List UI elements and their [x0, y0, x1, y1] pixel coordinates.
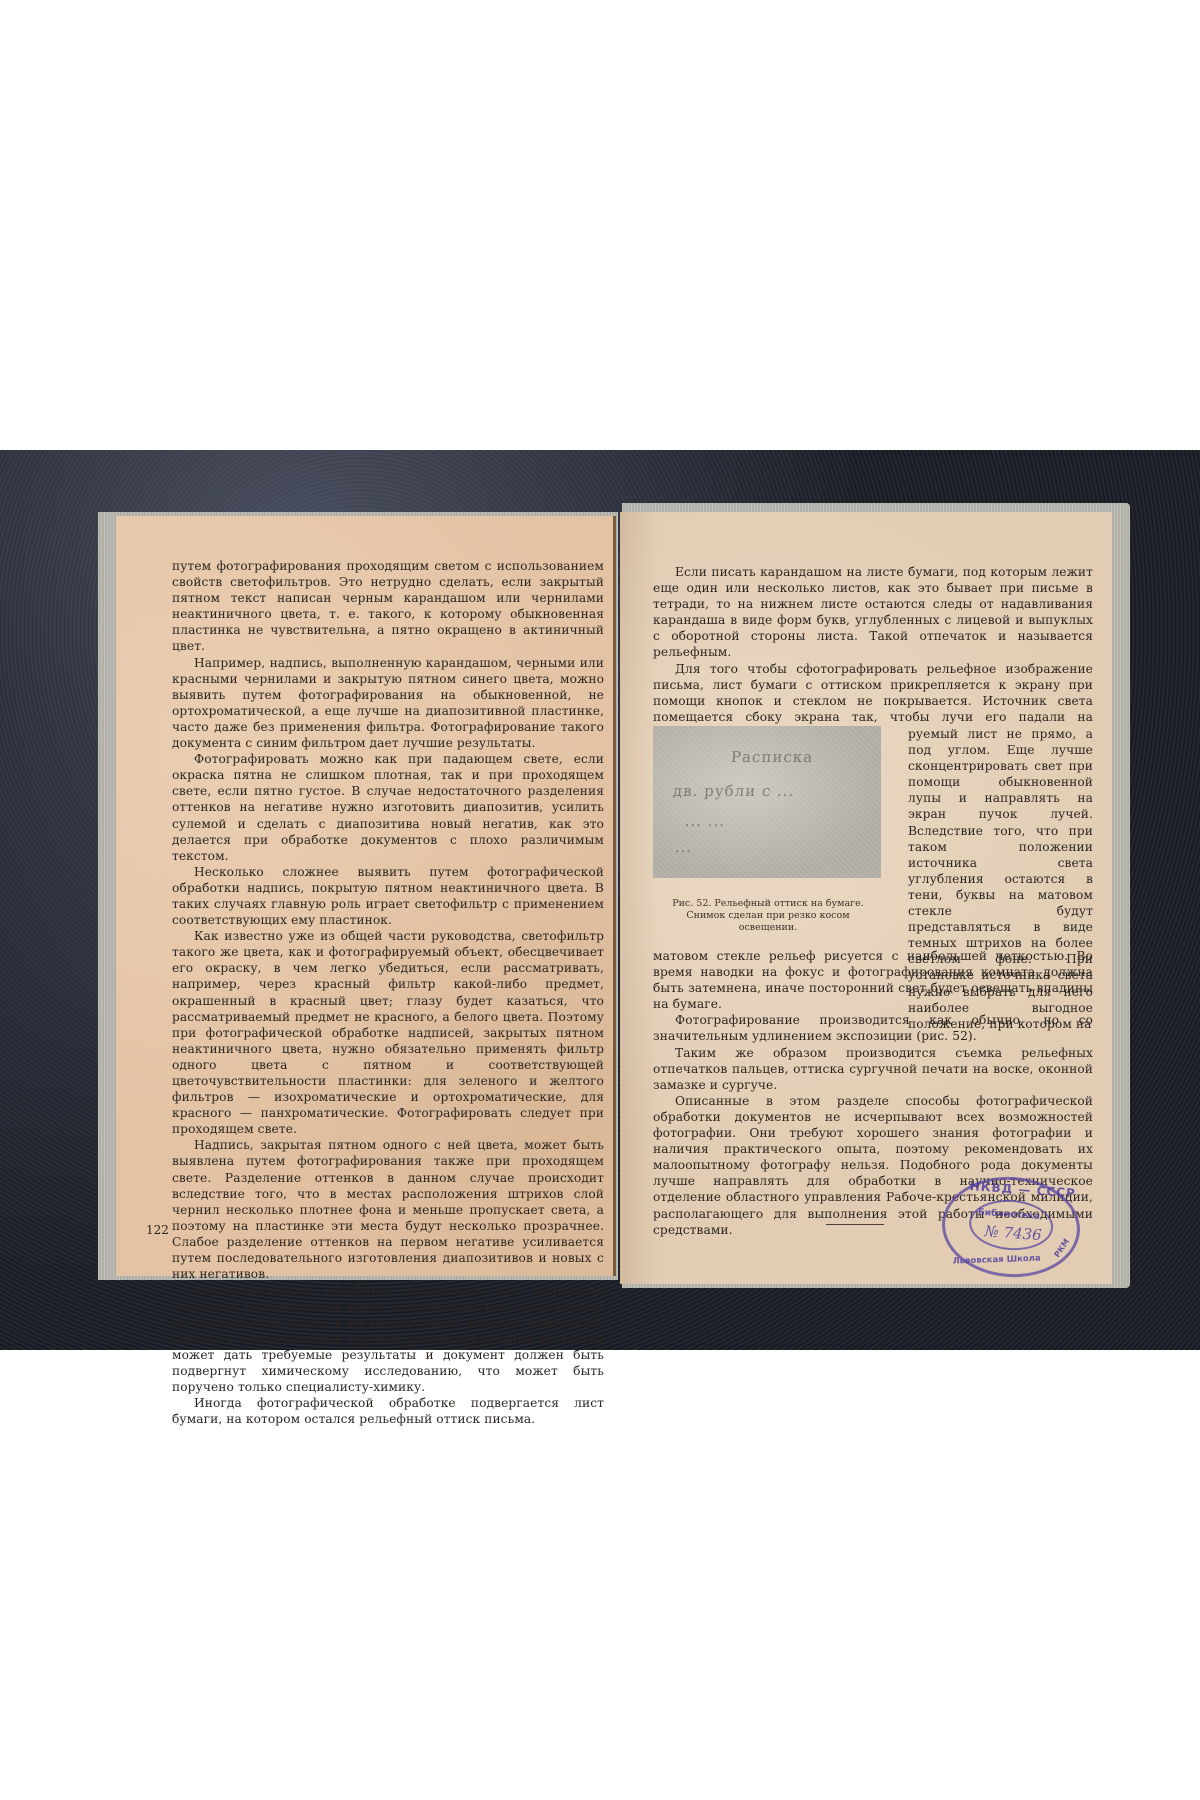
right-page-top-text: Если писать карандашом на листе бумаги, …: [653, 564, 1093, 741]
paragraph: матовом стекле рельеф рисуется с наиболь…: [653, 948, 1093, 1012]
figure-52: Расписка дв. рубли с ... ... ... ... Рис…: [653, 726, 883, 934]
paragraph: Фотографирование производится как обычно…: [653, 1012, 1093, 1044]
right-page: Если писать карандашом на листе бумаги, …: [620, 512, 1112, 1284]
paragraph: Иногда фотографической обработке подверг…: [172, 1395, 604, 1427]
relief-imprint-photo: Расписка дв. рубли с ... ... ... ...: [653, 726, 881, 878]
paragraph: Как известно уже из общей части руководс…: [172, 928, 604, 1137]
paragraph: Фотографировать можно как при падающем с…: [172, 751, 604, 864]
caption-line: Снимок сделан при резко косом: [653, 910, 883, 922]
photo-scrawl-line: Расписка: [730, 748, 813, 766]
figure-caption: Рис. 52. Рельефный оттиск на бумаге. Сни…: [653, 898, 883, 934]
stamp-inner-oval: Библиотека № 7436: [967, 1197, 1054, 1253]
photo-scrawl-line: ...: [674, 838, 693, 856]
paragraph: Если писать карандашом на листе бумаги, …: [653, 564, 1093, 661]
stamp-inventory-number: № 7436: [984, 1222, 1042, 1244]
left-page-text: путем фотографирования проходящим светом…: [172, 558, 604, 1427]
photo-scrawl-line: ... ...: [684, 812, 726, 830]
section-end-rule: [826, 1224, 884, 1225]
caption-line: освещении.: [653, 922, 883, 934]
paragraph: путем фотографирования проходящим светом…: [172, 558, 604, 655]
paragraph: Несколько сложнее выявить путем фотограф…: [172, 864, 604, 928]
left-page: путем фотографирования проходящим светом…: [116, 516, 616, 1276]
paragraph: Фотографическая обработка документов для…: [172, 1282, 604, 1395]
stamp-side-text: РКМ: [1052, 1237, 1071, 1259]
caption-line: Рис. 52. Рельефный оттиск на бумаге.: [653, 898, 883, 910]
stamp-library-label: Библиотека: [978, 1208, 1041, 1222]
paragraph: Надпись, закрытая пятном одного с ней цв…: [172, 1137, 604, 1282]
photo-scrawl-line: дв. рубли с ...: [672, 782, 795, 800]
paragraph: Например, надпись, выполненную карандашо…: [172, 655, 604, 752]
page-number: 122: [146, 1223, 169, 1237]
stamp-bottom-text: Львовская Школа: [953, 1254, 1041, 1267]
paragraph: Таким же образом производится съемка рел…: [653, 1045, 1093, 1093]
